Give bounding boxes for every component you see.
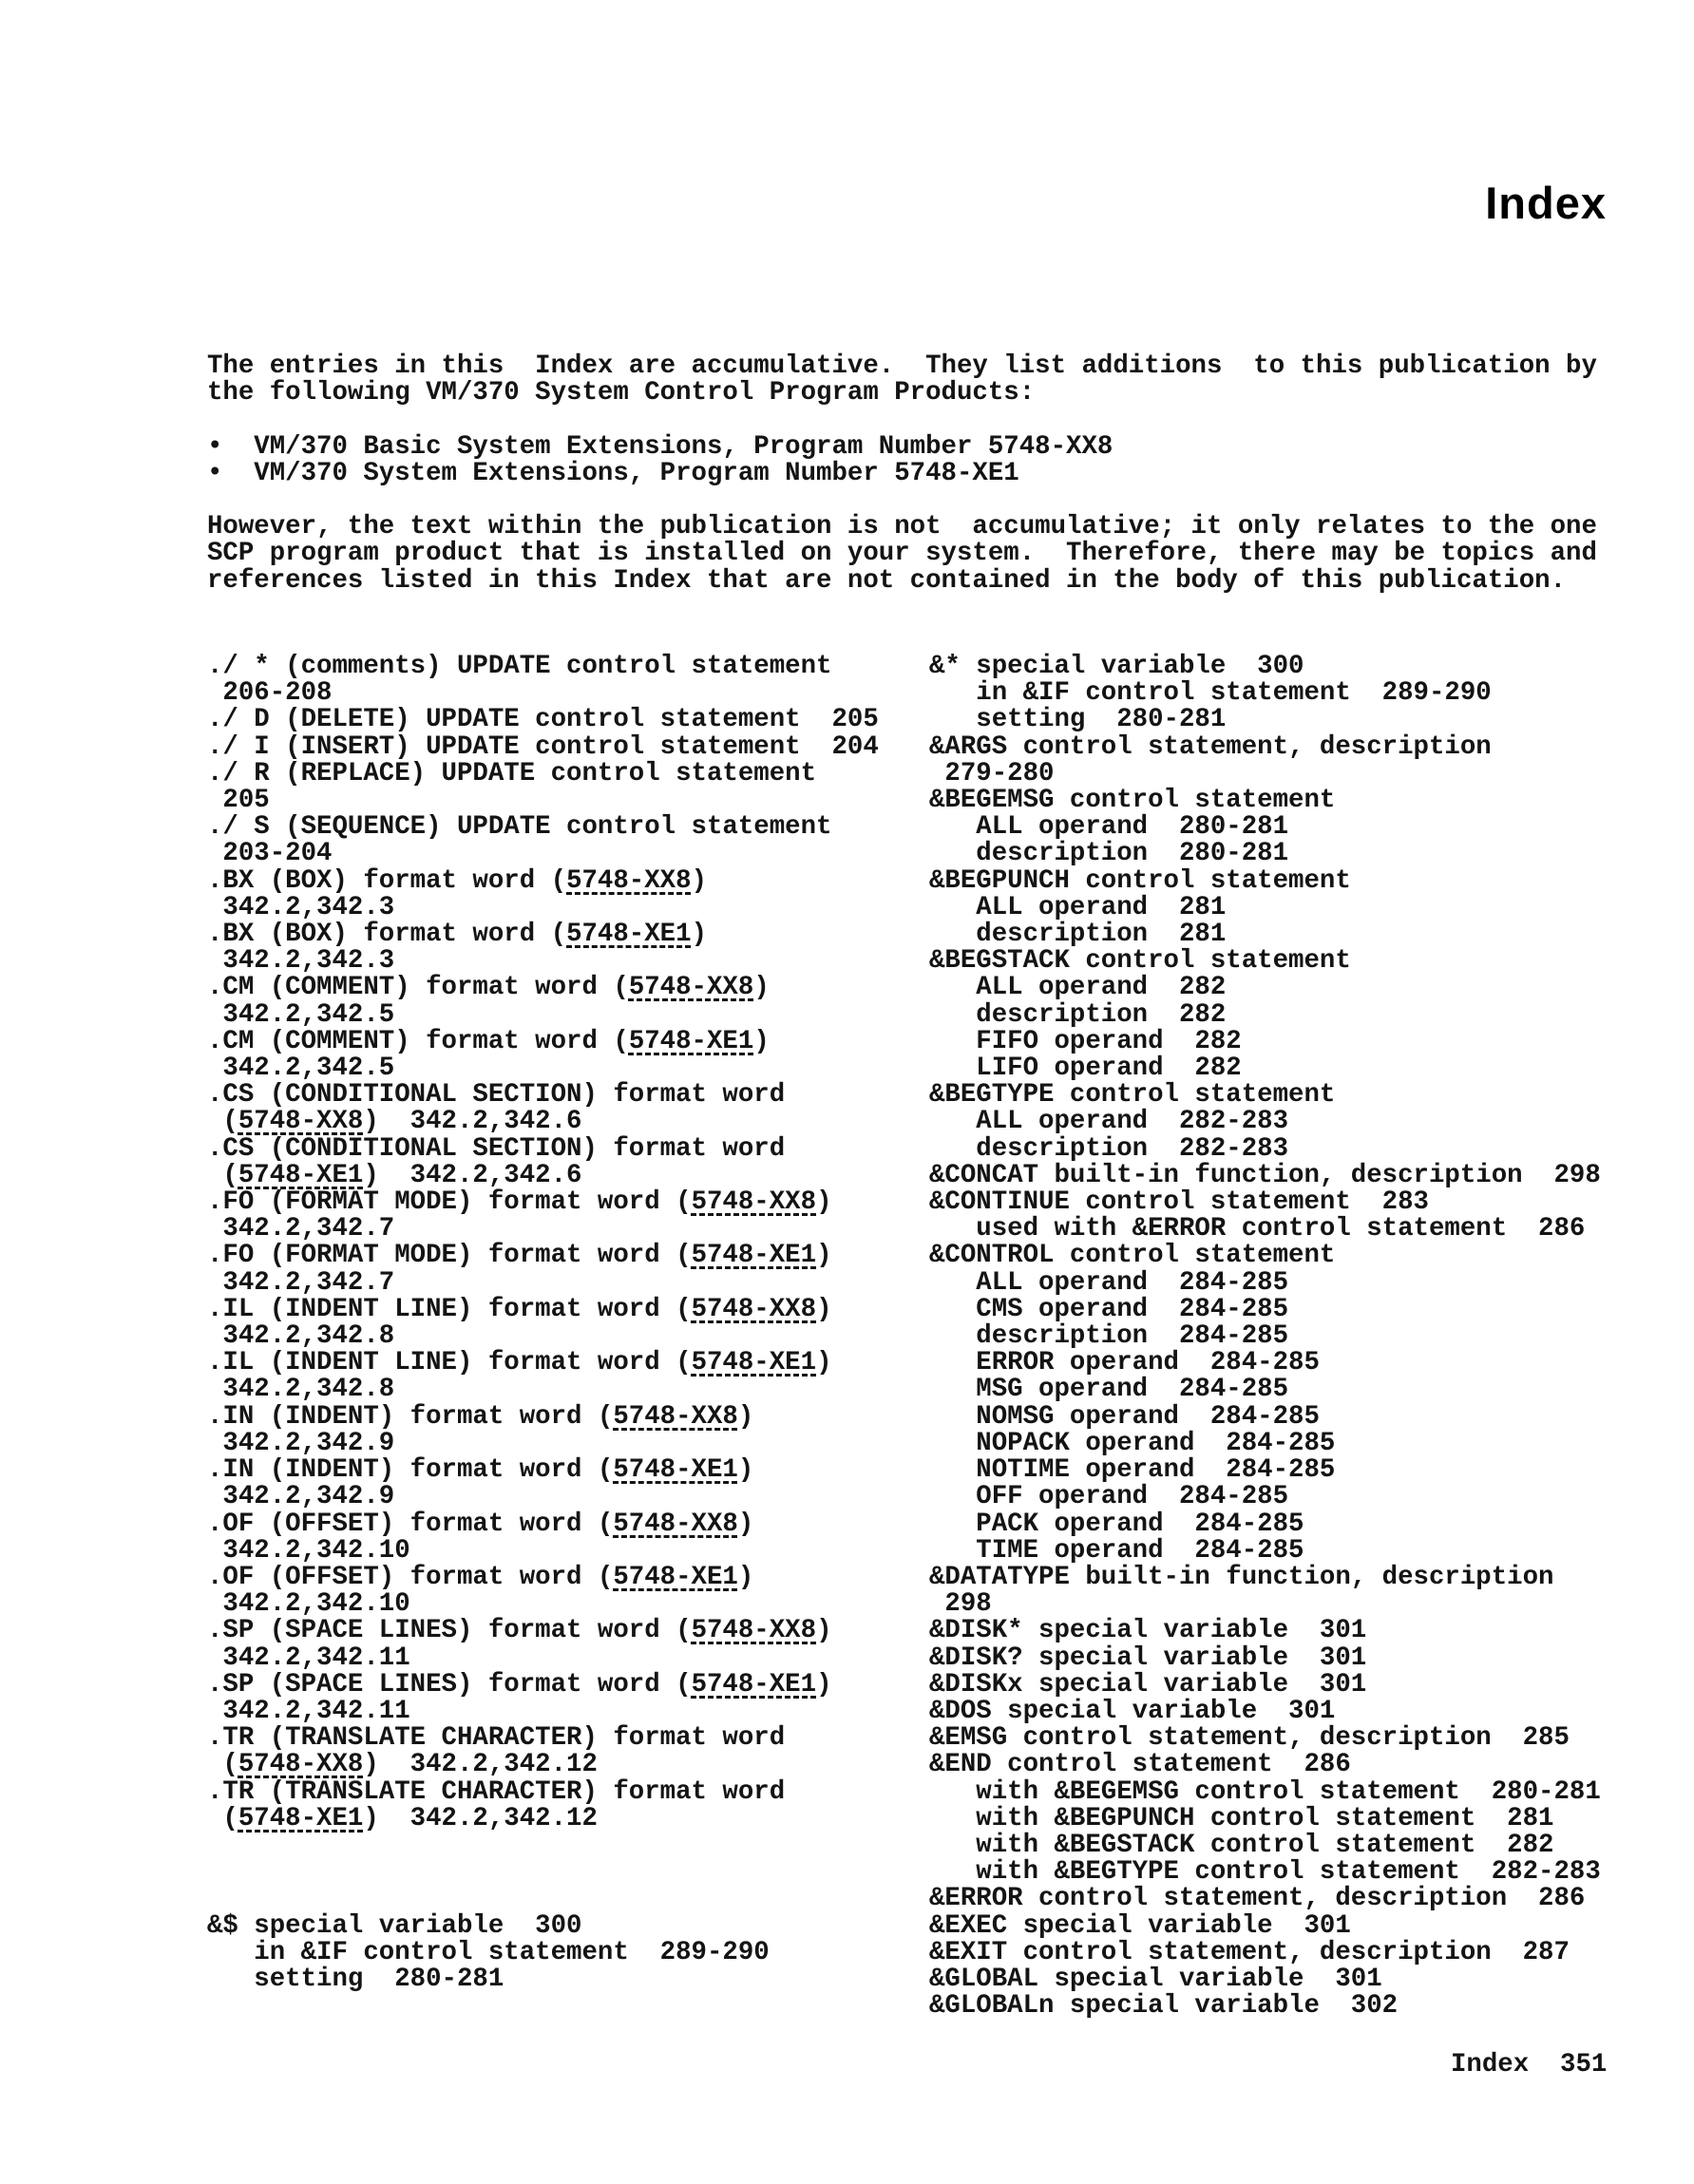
product-number: 5748-XE1	[692, 1670, 817, 1700]
page-title: Index	[1485, 177, 1607, 229]
product-number: 5748-XX8	[692, 1187, 817, 1217]
product-number: 5748-XX8	[238, 1750, 364, 1779]
document-page: Index The entries in this Index are accu…	[0, 0, 1694, 2184]
product-number: 5748-XE1	[238, 1804, 364, 1833]
product-number: 5748-XE1	[566, 920, 692, 949]
product-number: 5748-XX8	[613, 1402, 738, 1432]
index-left-column: ./ * (comments) UPDATE control statement…	[207, 654, 879, 1993]
product-number: 5748-XX8	[613, 1510, 738, 1539]
product-number: 5748-XX8	[629, 973, 754, 1002]
intro-paragraphs: The entries in this Index are accumulati…	[207, 353, 1597, 595]
product-number: 5748-XX8	[238, 1107, 364, 1136]
product-number: 5748-XE1	[613, 1455, 738, 1485]
product-number: 5748-XE1	[238, 1161, 364, 1190]
product-number: 5748-XE1	[692, 1348, 817, 1377]
product-number: 5748-XX8	[692, 1295, 817, 1324]
page-footer: Index 351	[1451, 2052, 1607, 2079]
product-number: 5748-XE1	[613, 1563, 738, 1592]
product-number: 5748-XX8	[692, 1616, 817, 1645]
product-number: 5748-XX8	[566, 866, 692, 896]
product-number: 5748-XE1	[692, 1241, 817, 1270]
index-right-column: &* special variable 300 in &IF control s…	[929, 654, 1601, 2020]
product-number: 5748-XE1	[629, 1027, 754, 1056]
